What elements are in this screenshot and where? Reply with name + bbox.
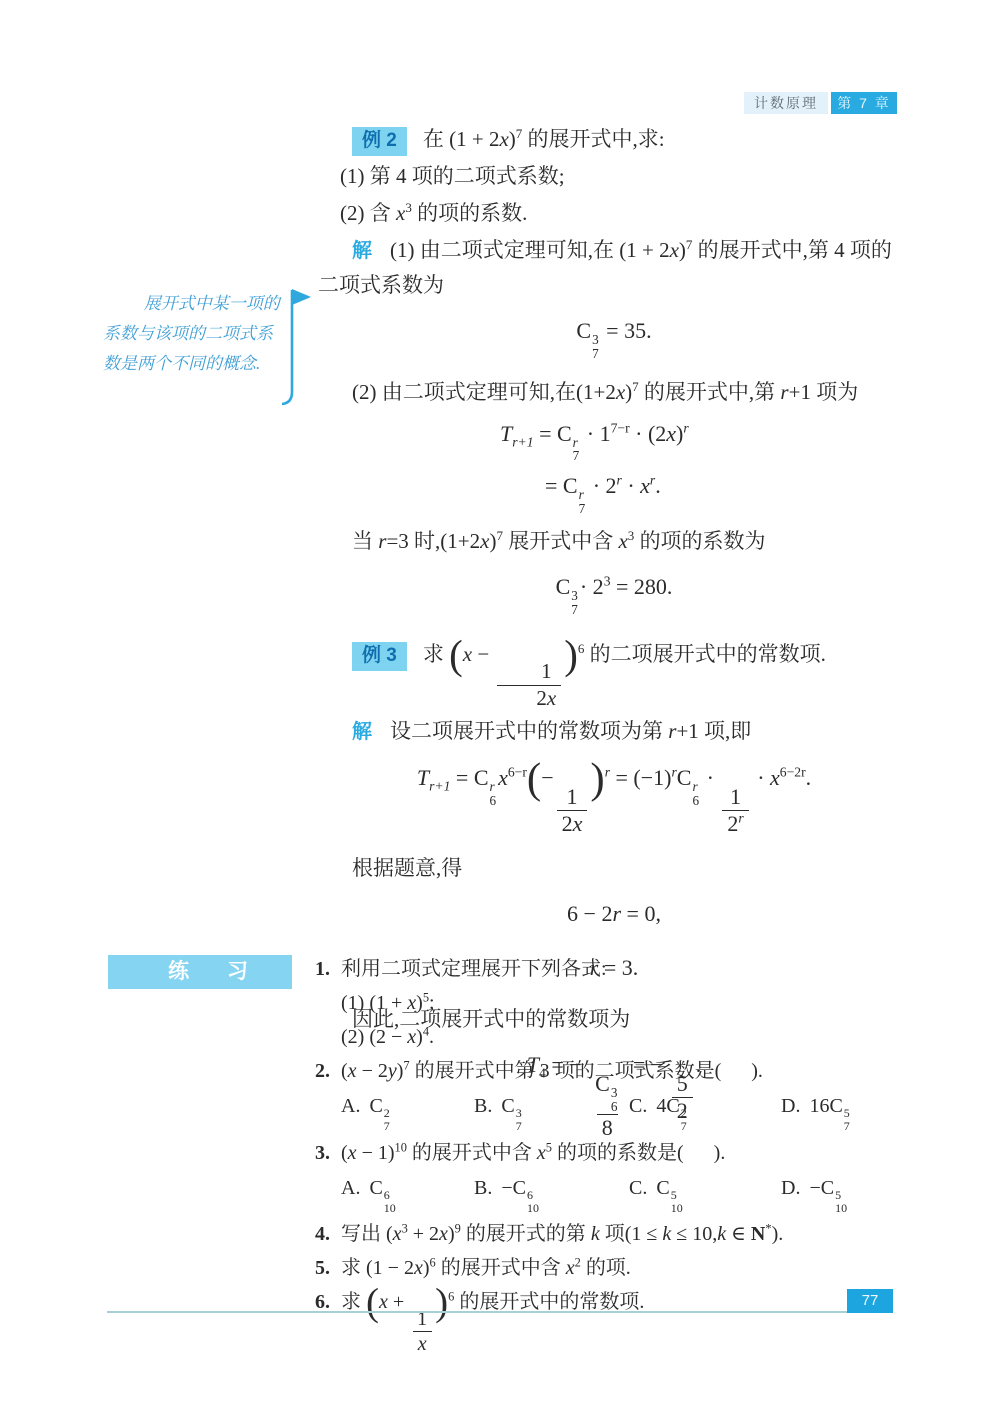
example2-solution-part2: (2) 由二项式定理可知,在(1+2x)7 的展开式中,第 r+1 项为 <box>318 375 910 409</box>
practice-item-2: 2. (x − 2y)7 的展开式中第 3 项的二项式系数是( ). <box>315 1055 975 1087</box>
unit-label: 计数原理 <box>744 92 828 114</box>
example2-badge: 例 2 <box>352 127 407 156</box>
practice-item-2-options: A.C27B.C37C.4C27D.16C57 <box>315 1089 975 1133</box>
example3-condition-intro: 根据题意,得 <box>318 851 910 885</box>
example2-item1: (1) 第 4 项的二项式系数; <box>318 159 910 193</box>
option-a: A.C610 <box>341 1171 474 1215</box>
page-number-badge: 77 <box>847 1289 893 1313</box>
formula-binomial-coefficient: C37 = 35. <box>318 311 910 361</box>
formula-general-term-line2: = Cr7 · 2r · xr. <box>545 465 910 516</box>
option-d: D.16C57 <box>781 1089 852 1133</box>
practice-item-3: 3. (x − 1)10 的展开式中含 x5 的项的系数是( ). <box>315 1137 975 1169</box>
option-b: B.C37 <box>474 1089 629 1133</box>
chapter-label: 第 7 章 <box>831 92 897 114</box>
note-bracket <box>282 286 314 412</box>
flag-icon <box>292 289 311 305</box>
option-d: D.−C510 <box>781 1171 849 1215</box>
solution-line2: 二项式系数为 <box>318 273 444 297</box>
solve-label: 解 <box>352 721 372 743</box>
practice-item-4: 4. 写出 (x3 + 2x)9 的展开式的第 k 项(1 ≤ k ≤ 10,k… <box>315 1218 975 1250</box>
practice-item-1-sub1: (1) (1 + x)5; <box>315 987 975 1019</box>
solve-label: 解 <box>352 240 372 262</box>
practice-item-1-sub2: (2) (2 − x)4. <box>315 1021 975 1053</box>
option-b: B.−C610 <box>474 1171 629 1215</box>
option-c: C.C510 <box>629 1171 781 1215</box>
option-c: C.4C27 <box>629 1089 781 1133</box>
formula-6-minus-2r: 6 − 2r = 0, <box>318 894 910 934</box>
formula-example3-general-term: Tr+1 = Cr6x6−r(−12x)r = (−1)rCr6 · 12r ·… <box>318 758 910 837</box>
margin-note: 展开式中某一项的系数与该项的二项式系数是两个不同的概念. <box>103 289 287 379</box>
practice-item-3-options: A.C610B.−C610C.C510D.−C510 <box>315 1171 975 1215</box>
practice-banner: 练 习 <box>108 955 292 989</box>
bracket-line <box>282 290 292 404</box>
example3-badge: 例 3 <box>352 642 407 671</box>
formula-coefficient-280: C37· 23 = 280. <box>318 567 910 617</box>
footer-rule <box>107 1311 893 1313</box>
formula-general-term-line1: Tr+1 = Cr7 · 17−r · (2x)r <box>500 413 910 464</box>
practice-item-1: 1. 利用二项式定理展开下列各式: <box>315 953 975 985</box>
option-a: A.C27 <box>341 1089 474 1133</box>
margin-note-text: 展开式中某一项的系数与该项的二项式系数是两个不同的概念. <box>103 289 287 379</box>
textbook-page: 计数原理 第 7 章 展开式中某一项的系数与该项的二项式系数是两个不同的概念. … <box>0 0 1000 1402</box>
example3-solution-intro: 解设二项展开式中的常数项为第 r+1 项,即 <box>318 714 910 749</box>
example2-item2: (2) 含 x3 的项的系数. <box>318 196 910 230</box>
example2-conclusion: 当 r=3 时,(1+2x)7 展开式中含 x3 的项的系数为 <box>318 524 910 558</box>
practice-item-5: 5. 求 (1 − 2x)6 的展开式中含 x2 的项. <box>315 1252 975 1284</box>
example2-solution-part1: 解(1) 由二项式定理可知,在 (1 + 2x)7 的展开式中,第 4 项的 二… <box>318 233 910 302</box>
example2-heading: 例 2在 (1 + 2x)7 的展开式中,求: <box>318 122 910 156</box>
example3-heading: 例 3求 (x − 12x)6 的二项展开式中的常数项. <box>318 637 910 711</box>
